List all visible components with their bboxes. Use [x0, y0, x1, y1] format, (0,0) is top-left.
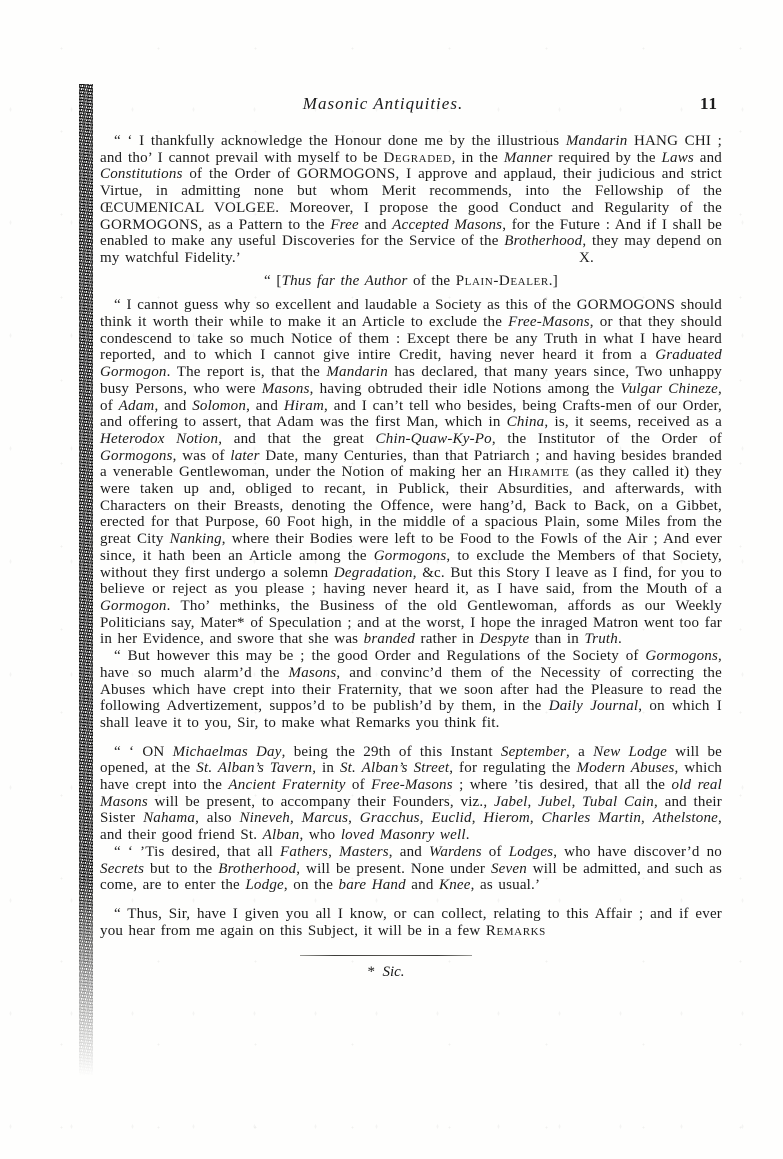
italic-text: Jubel — [538, 794, 571, 810]
text-run: , who — [300, 827, 341, 843]
footnote-label: Sic. — [382, 964, 404, 980]
text-run: , — [420, 810, 432, 826]
text-run: of the — [408, 273, 456, 289]
italic-text: Lodge — [245, 877, 284, 893]
italic-text: Nineveh — [239, 810, 290, 826]
text-run: , and that the great — [218, 431, 375, 447]
text-run: , a — [566, 744, 593, 760]
text-run: , who have discover’d no — [553, 844, 722, 860]
body-text: “ ‘ I thankfully acknowledge the Honour … — [100, 133, 722, 939]
letter-paragraph-4: “ Thus, Sir, have I given you all I know… — [100, 906, 722, 939]
smallcaps-text: Degraded — [383, 150, 451, 166]
text-run: rather in — [415, 631, 480, 647]
text-run: , — [527, 794, 538, 810]
text-run: will be present, to accompany their Foun… — [148, 794, 494, 810]
italic-text: Chin-Quaw-Ky-Po — [376, 431, 492, 447]
footnote-rule — [300, 955, 472, 956]
italic-text: Michaelmas Day — [173, 744, 282, 760]
text-run: , and — [154, 398, 192, 414]
italic-text: Charles Martin — [542, 810, 641, 826]
text-run: , in — [312, 760, 340, 776]
page-content: Masonic Antiquities. 11 “ ‘ I thankfully… — [100, 94, 722, 981]
scanned-book-page: Masonic Antiquities. 11 “ ‘ I thankfully… — [0, 0, 783, 1159]
italic-text: Accepted Masons — [392, 217, 502, 233]
italic-text: Jabel — [494, 794, 527, 810]
italic-text: Brotherhood — [504, 233, 582, 249]
italic-text: China — [507, 414, 545, 430]
italic-text: Daily Journal — [549, 698, 639, 714]
italic-text: Hiram — [284, 398, 324, 414]
attribution-line: “ [Thus far the Author of the Plain-Deal… — [100, 273, 722, 290]
italic-text: Masters — [339, 844, 389, 860]
italic-text: St. Alban’s Street — [340, 760, 449, 776]
italic-text: Despyte — [480, 631, 530, 647]
binding-gutter-texture — [79, 84, 93, 1076]
text-run: , and — [389, 844, 429, 860]
text-run: , will be present. None under — [296, 861, 491, 877]
text-run: , — [472, 810, 484, 826]
text-run: and — [694, 150, 722, 166]
text-run: , as usual.’ — [471, 877, 541, 893]
italic-text: Thus far the Author — [282, 273, 408, 289]
running-title: Masonic Antiquities. — [72, 94, 694, 114]
italic-text: St. Alban’s Tavern — [196, 760, 312, 776]
italic-text: Gracchus — [360, 810, 420, 826]
italic-text: loved Masonry well — [341, 827, 466, 843]
text-run: , being the 29th of this Instant — [282, 744, 501, 760]
italic-text: Gormogons — [374, 548, 447, 564]
text-run: , — [572, 794, 583, 810]
italic-text: Wardens — [429, 844, 482, 860]
italic-text: later — [230, 448, 259, 464]
italic-text: Secrets — [100, 861, 144, 877]
text-run: than in — [529, 631, 584, 647]
text-run: , the Institutor of the Order of — [492, 431, 722, 447]
italic-text: Hierom — [483, 810, 529, 826]
italic-text: Degradation — [334, 565, 413, 581]
text-run: .] — [549, 273, 558, 289]
italic-text: Adam — [119, 398, 155, 414]
page-header: Masonic Antiquities. 11 — [100, 94, 722, 116]
text-run: , — [641, 810, 653, 826]
text-run: , — [328, 844, 339, 860]
text-run: , — [348, 810, 360, 826]
text-run: but to the — [144, 861, 218, 877]
letter-paragraph-1: “ ‘ I thankfully acknowledge the Honour … — [100, 133, 722, 267]
italic-text: Masons — [289, 665, 337, 681]
smallcaps-text: Hiramite — [508, 464, 569, 480]
italic-text: Free-Masons — [508, 314, 590, 330]
text-run: “ ‘ ’Tis desired, that all — [114, 844, 280, 860]
italic-text: Manner — [504, 150, 553, 166]
text-run: , — [290, 810, 302, 826]
italic-text: Vulgar Chineze — [620, 381, 718, 397]
italic-text: Free — [330, 217, 359, 233]
italic-text: bare Hand — [339, 877, 406, 893]
text-run: , — [530, 810, 542, 826]
italic-text: Truth — [584, 631, 618, 647]
italic-text: Masons — [262, 381, 310, 397]
italic-text: Seven — [491, 861, 527, 877]
text-run: ; where ’tis desired, that all the — [453, 777, 672, 793]
footnote-marker: * — [367, 964, 375, 980]
smallcaps-text: Plain-Dealer — [456, 273, 549, 289]
italic-text: Gormogons — [100, 448, 173, 464]
text-run: , having obtruded their idle Notions amo… — [310, 381, 621, 397]
text-run: required by the — [553, 150, 662, 166]
footnote: * Sic. — [296, 955, 476, 981]
page-number: 11 — [700, 94, 718, 114]
text-run: , for regulating the — [449, 760, 576, 776]
text-run: and — [406, 877, 439, 893]
italic-text: Lodges — [509, 844, 554, 860]
italic-text: Mandarin — [326, 364, 388, 380]
italic-text: Tubal Cain — [582, 794, 654, 810]
italic-text: Mandarin — [566, 133, 628, 149]
italic-text: Alban — [263, 827, 300, 843]
text-run: , also — [195, 810, 239, 826]
text-run: “ ‘ I thankfully acknowledge the Honour … — [114, 133, 566, 149]
text-run: , and — [246, 398, 284, 414]
advertisement-paragraph-2: “ ‘ ’Tis desired, that all Fathers, Mast… — [100, 844, 722, 894]
italic-text: Brotherhood — [218, 861, 296, 877]
italic-text: Free-Masons — [371, 777, 453, 793]
italic-text: Ancient Fraternity — [228, 777, 345, 793]
letter-paragraph-3: “ But however this may be ; the good Ord… — [100, 648, 722, 732]
italic-text: Constitutions — [100, 166, 183, 182]
text-run: , in the — [452, 150, 504, 166]
italic-text: Fathers — [280, 844, 328, 860]
footnote-text: * Sic. — [296, 964, 476, 981]
italic-text: Gormogon — [100, 598, 167, 614]
italic-text: Solomon — [192, 398, 246, 414]
italic-text: branded — [364, 631, 415, 647]
italic-text: September — [501, 744, 566, 760]
italic-text: Modern Abuses — [577, 760, 675, 776]
italic-text: Athelstone — [653, 810, 718, 826]
text-run: , is, it seems, received as a — [544, 414, 722, 430]
text-run: and — [359, 217, 392, 233]
text-run: of — [482, 844, 509, 860]
italic-text: Marcus — [302, 810, 348, 826]
advertisement-paragraph-1: “ ‘ ON Michaelmas Day, being the 29th of… — [100, 744, 722, 844]
italic-text: New Lodge — [593, 744, 667, 760]
text-run: , on the — [284, 877, 339, 893]
text-run: “ Thus, Sir, have I given you all I know… — [100, 906, 722, 939]
text-run: “ ‘ ON — [114, 744, 173, 760]
text-run: . The report is, that the — [167, 364, 327, 380]
smallcaps-text: Remarks — [486, 923, 546, 939]
italic-text: Laws — [661, 150, 694, 166]
italic-text: Gormogons — [645, 648, 718, 664]
text-run: of — [346, 777, 372, 793]
text-run: , was of — [173, 448, 231, 464]
signature: X. — [565, 250, 594, 267]
text-run: “ [ — [264, 273, 282, 289]
italic-text: Nanking — [170, 531, 222, 547]
italic-text: Euclid — [431, 810, 471, 826]
letter-paragraph-2: “ I cannot guess why so excellent and la… — [100, 297, 722, 648]
text-run: “ But however this may be ; the good Ord… — [114, 648, 645, 664]
italic-text: Nahama — [143, 810, 195, 826]
italic-text: Knee — [439, 877, 471, 893]
italic-text: Heterodox Notion — [100, 431, 218, 447]
text-run: . — [466, 827, 470, 843]
text-run: . — [618, 631, 622, 647]
